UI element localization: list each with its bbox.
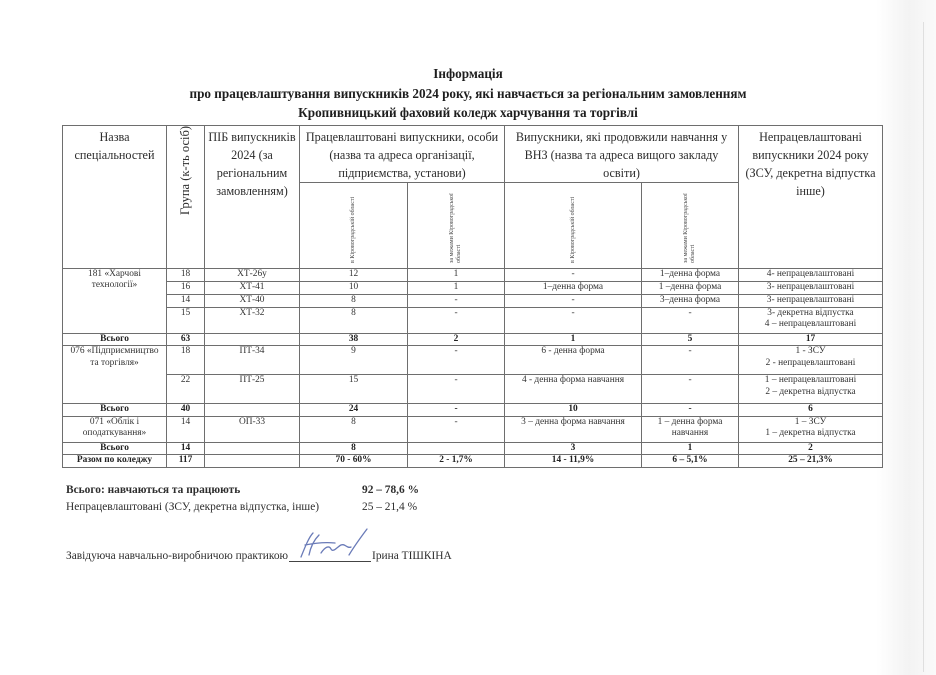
subtotal-blank xyxy=(205,404,300,417)
unemployed-cell: 3- непрацевлаштовані xyxy=(739,294,883,307)
continued-in-region-cell: - xyxy=(505,268,642,281)
subtotal-employed-in-region: 24 xyxy=(300,404,408,417)
employed-in-region-cell: 12 xyxy=(300,268,408,281)
continued-outside-region-cell: - xyxy=(642,375,739,404)
table-row: 071 «Облік і оподаткування»14ОП-338-3 – … xyxy=(63,416,883,442)
unemployed-cell: 1 – непрацевлаштовані 2 – декретна відпу… xyxy=(739,375,883,404)
title-line-2: про працевлаштування випускників 2024 ро… xyxy=(0,84,936,104)
employed-in-region-cell: 8 xyxy=(300,416,408,442)
subtotal-employed-in-region: 38 xyxy=(300,333,408,346)
summary-studying-working: Всього: навчаються та працюють 92 – 78,6… xyxy=(66,482,419,499)
grand-total-label: Разом по коледжу xyxy=(63,455,167,468)
employed-outside-region-cell: - xyxy=(408,416,505,442)
document-title: Інформація про працевлаштування випускни… xyxy=(0,64,936,123)
table-row: 14ХТ-408--3–денна форма3- непрацевлаштов… xyxy=(63,294,883,307)
unemployed-cell: 3- декретна відпустка 4 – непрацевлаштов… xyxy=(739,307,883,333)
group-name-cell: ХТ-41 xyxy=(205,281,300,294)
employed-in-region-cell: 15 xyxy=(300,375,408,404)
unemployed-cell: 3- непрацевлаштовані xyxy=(739,281,883,294)
header-names: ПІБ випускників 2024 (за регіональним за… xyxy=(205,126,300,269)
employed-outside-region-cell: - xyxy=(408,307,505,333)
handwritten-signature-icon xyxy=(291,527,371,561)
subtotal-employed-outside-region xyxy=(408,442,505,455)
summary-studying-working-value: 92 – 78,6 % xyxy=(362,482,419,499)
employed-outside-region-cell: 1 xyxy=(408,268,505,281)
unemployed-cell: 4- непрацевлаштовані xyxy=(739,268,883,281)
continued-in-region-cell: 3 – денна форма навчання xyxy=(505,416,642,442)
subtotal-continued-in-region: 1 xyxy=(505,333,642,346)
subtotal-continued-in-region: 10 xyxy=(505,404,642,417)
subtotal-blank xyxy=(205,442,300,455)
employed-in-region-cell: 9 xyxy=(300,346,408,375)
subtotal-employed-outside-region: - xyxy=(408,404,505,417)
group-count-cell: 18 xyxy=(167,346,205,375)
employed-in-region-cell: 8 xyxy=(300,294,408,307)
signature-name: Ірина ТІШКІНА xyxy=(372,550,452,562)
continued-in-region-cell: 6 - денна форма xyxy=(505,346,642,375)
employed-outside-region-cell: - xyxy=(408,346,505,375)
subtotal-employed-in-region: 8 xyxy=(300,442,408,455)
subtotal-row: Всього148312 xyxy=(63,442,883,455)
group-name-cell: ХТ-32 xyxy=(205,307,300,333)
subtotal-count: 40 xyxy=(167,404,205,417)
table-row: 076 «Підприємництво та торгівля»18ПТ-349… xyxy=(63,346,883,375)
header-row-1: Назва спеціальностей Група (к-ть осіб) П… xyxy=(63,126,883,183)
group-name-cell: ОП-33 xyxy=(205,416,300,442)
grand-total-count: 117 xyxy=(167,455,205,468)
grand-total-employed-in-region: 70 - 60% xyxy=(300,455,408,468)
header-specialty: Назва спеціальностей xyxy=(63,126,167,269)
continued-outside-region-cell: 1–денна форма xyxy=(642,268,739,281)
summary-unemployed: Непрацевлаштовані (ЗСУ, декретна відпуст… xyxy=(66,499,419,516)
header-group-count: Група (к-ть осіб) xyxy=(167,126,205,269)
continued-outside-region-cell: 1 – денна форма навчання xyxy=(642,416,739,442)
unemployed-cell: 1 – ЗСУ 1 – декретна відпустка xyxy=(739,416,883,442)
signature-line xyxy=(289,547,371,562)
subtotal-continued-outside-region: 5 xyxy=(642,333,739,346)
summary-notes: Всього: навчаються та працюють 92 – 78,6… xyxy=(66,482,419,516)
subtotal-unemployed: 2 xyxy=(739,442,883,455)
continued-outside-region-cell: - xyxy=(642,307,739,333)
title-line-3: Кропивницький фаховий коледж харчування … xyxy=(0,103,936,123)
subtotal-row: Всього633821517 xyxy=(63,333,883,346)
grand-total-unemployed: 25 – 21,3% xyxy=(739,455,883,468)
subtotal-continued-in-region: 3 xyxy=(505,442,642,455)
group-name-cell: ХТ-40 xyxy=(205,294,300,307)
subtotal-label: Всього xyxy=(63,404,167,417)
employed-in-region-cell: 10 xyxy=(300,281,408,294)
specialty-cell: 071 «Облік і оподаткування» xyxy=(63,416,167,442)
continued-in-region-cell: - xyxy=(505,294,642,307)
employed-outside-region-cell: - xyxy=(408,294,505,307)
title-line-1: Інформація xyxy=(0,64,936,84)
unemployed-cell: 1 - ЗСУ 2 - непрацевлаштовані xyxy=(739,346,883,375)
header-continued-outside-region: за межами Кіровоградської області xyxy=(642,183,739,269)
signature-block: Завідуюча навчально-виробничою практикою… xyxy=(66,547,452,562)
group-name-cell: ПТ-25 xyxy=(205,375,300,404)
group-count-cell: 14 xyxy=(167,416,205,442)
header-continued: Випускники, які продовжили навчання у ВН… xyxy=(505,126,739,183)
header-employed-outside-region: за межами Кіровоградської області xyxy=(408,183,505,269)
table-row: 181 «Харчові технології»18ХТ-26у121-1–де… xyxy=(63,268,883,281)
group-count-cell: 22 xyxy=(167,375,205,404)
subtotal-continued-outside-region: - xyxy=(642,404,739,417)
table-row: 15ХТ-328---3- декретна відпустка 4 – неп… xyxy=(63,307,883,333)
group-count-cell: 15 xyxy=(167,307,205,333)
table-row: 22ПТ-2515-4 - денна форма навчання-1 – н… xyxy=(63,375,883,404)
header-unemployed: Непрацевлаштовані випускники 2024 року (… xyxy=(739,126,883,269)
table-body: 181 «Харчові технології»18ХТ-26у121-1–де… xyxy=(63,268,883,467)
header-continued-in-region: в Кіровоградській області xyxy=(505,183,642,269)
continued-outside-region-cell: 3–денна форма xyxy=(642,294,739,307)
subtotal-count: 14 xyxy=(167,442,205,455)
subtotal-row: Всього4024-10-6 xyxy=(63,404,883,417)
specialty-cell: 181 «Харчові технології» xyxy=(63,268,167,333)
continued-outside-region-cell: - xyxy=(642,346,739,375)
summary-unemployed-label: Непрацевлаштовані (ЗСУ, декретна відпуст… xyxy=(66,499,362,516)
continued-in-region-cell: - xyxy=(505,307,642,333)
subtotal-unemployed: 17 xyxy=(739,333,883,346)
subtotal-count: 63 xyxy=(167,333,205,346)
specialty-cell: 076 «Підприємництво та торгівля» xyxy=(63,346,167,404)
continued-outside-region-cell: 1 –денна форма xyxy=(642,281,739,294)
employed-outside-region-cell: - xyxy=(408,375,505,404)
employed-outside-region-cell: 1 xyxy=(408,281,505,294)
table-row: 16ХТ-411011–денна форма1 –денна форма3- … xyxy=(63,281,883,294)
group-count-cell: 16 xyxy=(167,281,205,294)
summary-studying-working-label: Всього: навчаються та працюють xyxy=(66,482,362,499)
subtotal-unemployed: 6 xyxy=(739,404,883,417)
subtotal-employed-outside-region: 2 xyxy=(408,333,505,346)
header-employed-in-region: в Кіровоградській області xyxy=(300,183,408,269)
signature-position: Завідуюча навчально-виробничою практикою xyxy=(66,550,288,562)
grand-total-continued-in-region: 14 - 11,9% xyxy=(505,455,642,468)
subtotal-label: Всього xyxy=(63,333,167,346)
subtotal-label: Всього xyxy=(63,442,167,455)
summary-unemployed-value: 25 – 21,4 % xyxy=(362,499,417,516)
grand-total-employed-outside-region: 2 - 1,7% xyxy=(408,455,505,468)
group-count-cell: 14 xyxy=(167,294,205,307)
header-employed: Працевлаштовані випускники, особи (назва… xyxy=(300,126,505,183)
group-name-cell: ПТ-34 xyxy=(205,346,300,375)
continued-in-region-cell: 1–денна форма xyxy=(505,281,642,294)
grand-total-blank xyxy=(205,455,300,468)
subtotal-continued-outside-region: 1 xyxy=(642,442,739,455)
employed-in-region-cell: 8 xyxy=(300,307,408,333)
continued-in-region-cell: 4 - денна форма навчання xyxy=(505,375,642,404)
subtotal-blank xyxy=(205,333,300,346)
grand-total-continued-outside-region: 6 – 5,1% xyxy=(642,455,739,468)
employment-report-table: Назва спеціальностей Група (к-ть осіб) П… xyxy=(62,125,883,468)
grand-total-row: Разом по коледжу11770 - 60%2 - 1,7%14 - … xyxy=(63,455,883,468)
group-count-cell: 18 xyxy=(167,268,205,281)
group-name-cell: ХТ-26у xyxy=(205,268,300,281)
